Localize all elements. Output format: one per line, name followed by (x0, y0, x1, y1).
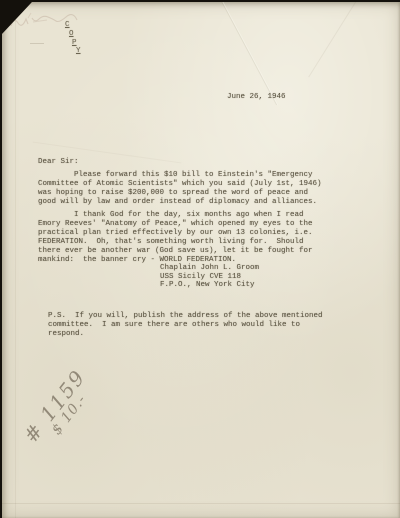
letter-paragraph-2: I thank God for the day, six months ago … (38, 211, 338, 265)
faint-pencil-mark (30, 43, 44, 44)
fold-crease (221, 0, 278, 105)
letter-sheet: C O P Y June 26, 1946 Dear Sir: Please f… (2, 2, 400, 518)
date-line: June 26, 1946 (227, 93, 286, 102)
copy-stamp-letter: Y (76, 47, 81, 55)
copy-stamp-letter: P (72, 39, 77, 47)
copy-stamp-letter: O (69, 30, 74, 38)
postscript: P.S. If you will, publish the address of… (48, 312, 348, 339)
fold-crease (220, 0, 277, 105)
salutation: Dear Sir: (38, 158, 79, 167)
copy-stamp-letter: C (65, 21, 70, 29)
paper-edge-line (2, 503, 400, 504)
handwritten-note: # 1159 $ 10.- (20, 352, 112, 456)
letter-paragraph-1: Please forward this $10 bill to Einstein… (38, 171, 338, 207)
signature-block: Chaplain John L. Groom USS Sicily CVE 11… (160, 264, 259, 290)
fold-crease (15, 2, 16, 518)
fold-crease (308, 1, 357, 78)
